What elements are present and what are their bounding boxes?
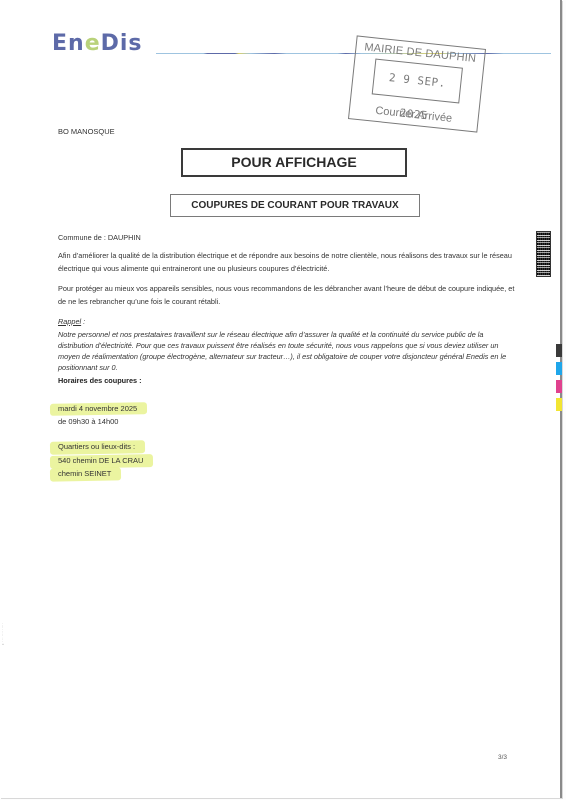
- enedis-logo: EneDis: [52, 33, 143, 55]
- place-item: chemin SEINET: [58, 469, 111, 478]
- document-page: EneDis MAIRIE DE DAUPHIN 2 9 SEP. 2025 C…: [0, 0, 562, 798]
- print-swatch-magenta: [556, 380, 562, 393]
- highlighted-places-title: Quartiers ou lieux-dits :: [54, 440, 139, 454]
- logo-text-part2: Dis: [101, 31, 143, 56]
- logo-text-part1: En: [52, 31, 85, 56]
- print-swatch-yellow: [556, 398, 562, 411]
- print-swatch-black: [556, 344, 562, 357]
- stamp-date: 2 9 SEP. 2025: [372, 59, 463, 104]
- commune-line: Commune de : DAUPHIN: [58, 232, 518, 245]
- highlighted-date: mardi 4 novembre 2025: [54, 402, 141, 415]
- schedule-heading: Horaires des coupures :: [58, 375, 518, 388]
- datamatrix-barcode: [537, 232, 550, 276]
- page-number: 3/3: [498, 754, 507, 761]
- protection-paragraph: Pour protéger au mieux vos appareils sen…: [58, 283, 518, 308]
- sender-office: BO MANOSQUE: [58, 127, 115, 136]
- outage-time: de 09h30 à 14h00: [58, 415, 141, 428]
- reminder-label: Rappel: [58, 317, 81, 326]
- reminder-text: Notre personnel et nos prestataires trav…: [58, 329, 518, 374]
- margin-print-code: • · ·· ···· ·····: [0, 555, 10, 645]
- document-title: POUR AFFICHAGE: [181, 148, 407, 177]
- outage-date: mardi 4 novembre 2025: [58, 404, 137, 413]
- intro-paragraph: Afin d’améliorer la qualité de la distri…: [58, 250, 518, 275]
- places-title: Quartiers ou lieux-dits :: [58, 442, 135, 451]
- places-block: Quartiers ou lieux-dits : 540 chemin DE …: [58, 440, 147, 481]
- schedule-block: mardi 4 novembre 2025 de 09h30 à 14h00: [58, 402, 141, 428]
- place-item: 540 chemin DE LA CRAU: [58, 456, 143, 465]
- reminder-colon: :: [81, 317, 85, 326]
- highlighted-place: 540 chemin DE LA CRAU: [54, 454, 147, 468]
- highlighted-place: chemin SEINET: [54, 467, 115, 481]
- reminder-section: Rappel : Notre personnel et nos prestata…: [58, 316, 518, 373]
- header-divider: [156, 53, 551, 54]
- logo-text-accent: e: [85, 31, 101, 56]
- print-swatch-cyan: [556, 362, 562, 375]
- document-subtitle: COUPURES DE COURANT POUR TRAVAUX: [170, 194, 420, 217]
- reception-stamp: MAIRIE DE DAUPHIN 2 9 SEP. 2025 Courrier…: [348, 35, 486, 132]
